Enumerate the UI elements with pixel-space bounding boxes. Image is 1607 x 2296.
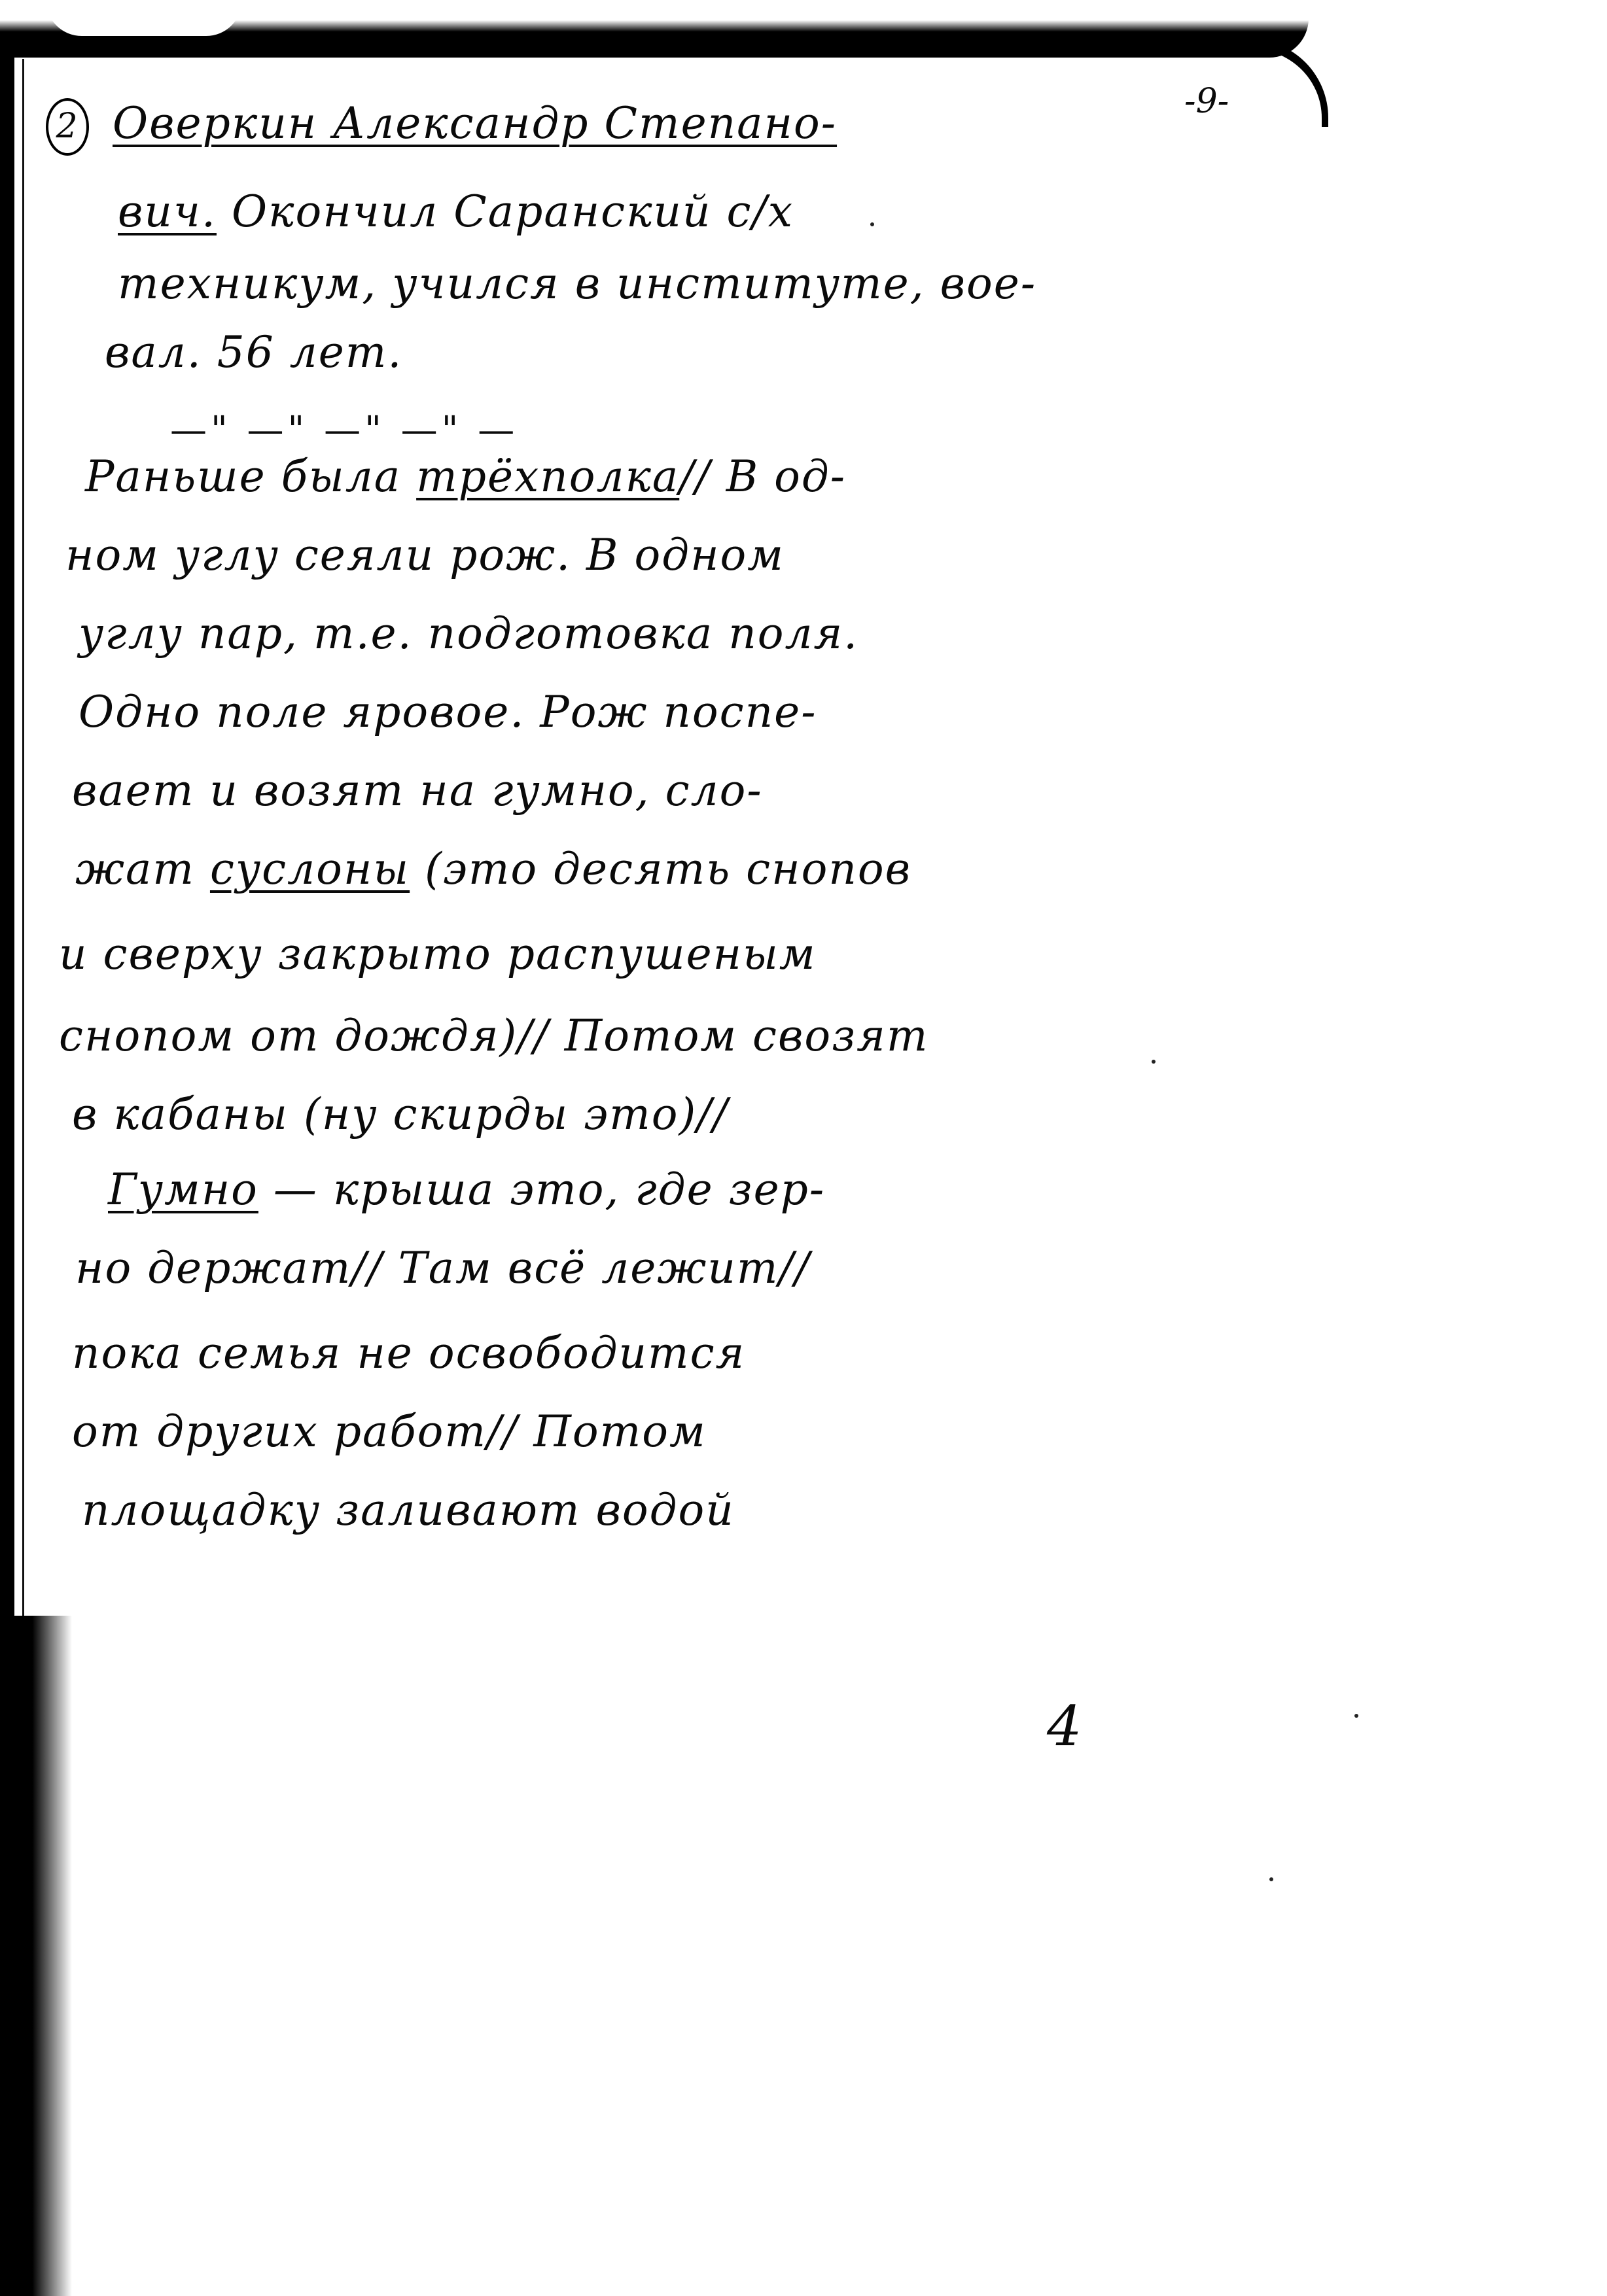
margin-mark: 4 — [1047, 1694, 1082, 1758]
informant-patronymic-end: вич. — [118, 186, 217, 237]
informant-name-line: 2Оверкин Александр Степано- — [46, 98, 837, 156]
entry-number: 2 — [46, 98, 89, 156]
text-line: ном углу сеяли рож. В одном — [65, 530, 785, 580]
text-line: площадку заливают водой — [82, 1485, 735, 1535]
text-line: пока семья не освободится — [72, 1328, 745, 1378]
scan-speck — [1354, 1714, 1358, 1718]
scan-speck — [1269, 1877, 1273, 1881]
scan-speck — [870, 222, 874, 226]
informant-bio-line-3: техникум, учился в институте, вое- — [118, 258, 1036, 309]
text-line: от других работ// Потом — [72, 1406, 707, 1457]
underlined-term: трёхполка — [416, 451, 679, 502]
informant-bio-line-2: вич. Окончил Саранский с/х — [118, 186, 794, 237]
text-line: углу пар, т.е. подготовка поля. — [79, 608, 858, 659]
underlined-term: суслоны — [210, 844, 410, 894]
informant-name: Оверкин Александр Степано- — [113, 98, 837, 148]
informant-bio-line-4: вал. 56 лет. — [105, 327, 402, 377]
text-line: но держат// Там всё лежит// — [75, 1243, 811, 1293]
scan-speck — [1152, 1060, 1156, 1064]
scan-bottom-left-shadow — [0, 1616, 72, 2296]
text-line: в кабаны (ну скирды это)// — [72, 1089, 729, 1139]
page-number: -9- — [1184, 82, 1229, 121]
informant-education: Окончил Саранский с/х — [217, 186, 794, 237]
text-line: Раньше была трёхполка// В од- — [85, 451, 846, 502]
underlined-term: Гумно — [108, 1164, 258, 1215]
page-corner-curl — [1230, 39, 1328, 127]
text-line: Гумно — крыша это, где зер- — [108, 1164, 825, 1215]
text-line: жат суслоны (это десять снопов — [75, 844, 911, 894]
text-line: вает и возят на гумно, сло- — [72, 765, 763, 816]
scan-left-edge — [0, 39, 14, 1616]
page-margin-line — [22, 59, 24, 1616]
text-line: снопом от дождя)// Потом свозят — [59, 1011, 928, 1061]
text-line: Одно поле яровое. Рож поспе- — [79, 687, 817, 737]
scan-top-highlight — [46, 0, 242, 36]
section-divider: —" —" —" —" — — [170, 409, 518, 451]
text-line: и сверху закрыто распушеным — [59, 929, 817, 979]
